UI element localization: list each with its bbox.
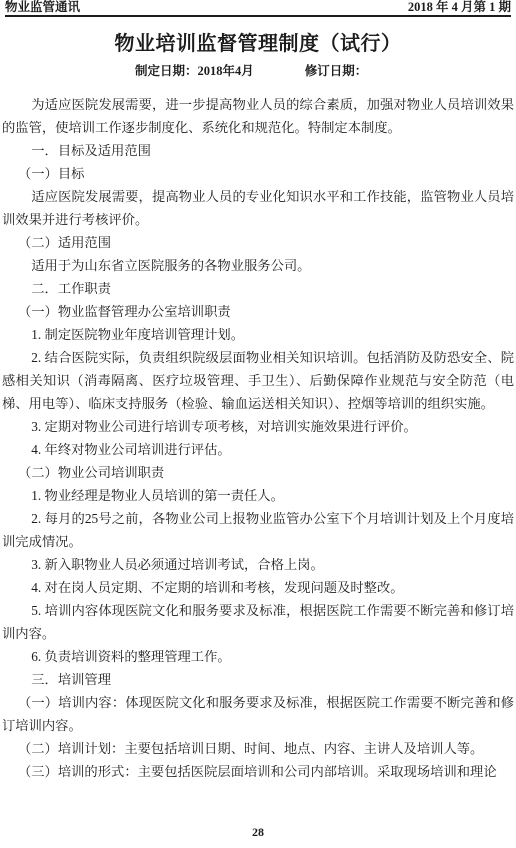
page-header: 物业监管通讯 2018 年 4 月第 1 期 [5,1,511,17]
paragraph: 二．工作职责 [2,277,514,300]
paragraph: 3. 定期对物业公司进行培训专项考核，对培训实施效果进行评价。 [2,415,514,438]
document-title: 物业培训监督管理制度（试行） [0,31,516,57]
paragraph: 4. 对在岗人员定期、不定期的培训和考核，发现问题及时整改。 [2,576,514,599]
paragraph: 5. 培训内容体现医院文化和服务要求及标准，根据医院工作需要不断完善和修订培训内… [2,599,514,645]
paragraph: 为适应医院发展需要，进一步提高物业人员的综合素质，加强对物业人员培训效果的监管，… [2,93,514,139]
paragraph: （二）适用范围 [2,231,514,254]
paragraph: （二）物业公司培训职责 [2,461,514,484]
paragraph: 1. 物业经理是物业人员培训的第一责任人。 [2,484,514,507]
paragraph: （一）目标 [2,162,514,185]
paragraph: 6. 负责培训资料的整理管理工作。 [2,645,514,668]
paragraph: 3. 新入职物业人员必须通过培训考试，合格上岗。 [2,553,514,576]
page-number: 28 [252,825,264,839]
paragraph: 一．目标及适用范围 [2,139,514,162]
paragraph: 三．培训管理 [2,668,514,691]
paragraph: （三）培训的形式：主要包括医院层面培训和公司内部培训。采取现场培训和理论 [2,760,514,783]
created-date: 制定日期：2018年4月 [135,63,254,79]
document-body: 为适应医院发展需要，进一步提高物业人员的综合素质，加强对物业人员培训效果的监管，… [2,93,514,783]
paragraph: （一）培训内容：体现医院文化和服务要求及标准，根据医院工作需要不断完善和修订培训… [2,691,514,737]
issue-label: 2018 年 4 月第 1 期 [408,1,511,14]
dateline: 制定日期：2018年4月 修订日期： [135,63,367,79]
paragraph: 适应医院发展需要，提高物业人员的专业化知识水平和工作技能，监管物业人员培训效果并… [2,185,514,231]
revised-date: 修订日期： [305,63,368,79]
paragraph: 适用于为山东省立医院服务的各物业服务公司。 [2,254,514,277]
paragraph: （二）培训计划：主要包括培训日期、时间、地点、内容、主讲人及培训人等。 [2,737,514,760]
newsletter-name: 物业监管通讯 [5,1,80,14]
page-footer: 28 [0,824,516,840]
paragraph: （一）物业监督管理办公室培训职责 [2,300,514,323]
document-page: 物业监管通讯 2018 年 4 月第 1 期 物业培训监督管理制度（试行） 制定… [0,0,516,848]
paragraph: 2. 每月的25号之前，各物业公司上报物业监管办公室下个月培训计划及上个月度培训… [2,507,514,553]
paragraph: 1. 制定医院物业年度培训管理计划。 [2,323,514,346]
paragraph: 4. 年终对物业公司培训进行评估。 [2,438,514,461]
paragraph: 2. 结合医院实际，负责组织院级层面物业相关知识培训。包括消防及防恐安全、院感相… [2,346,514,415]
